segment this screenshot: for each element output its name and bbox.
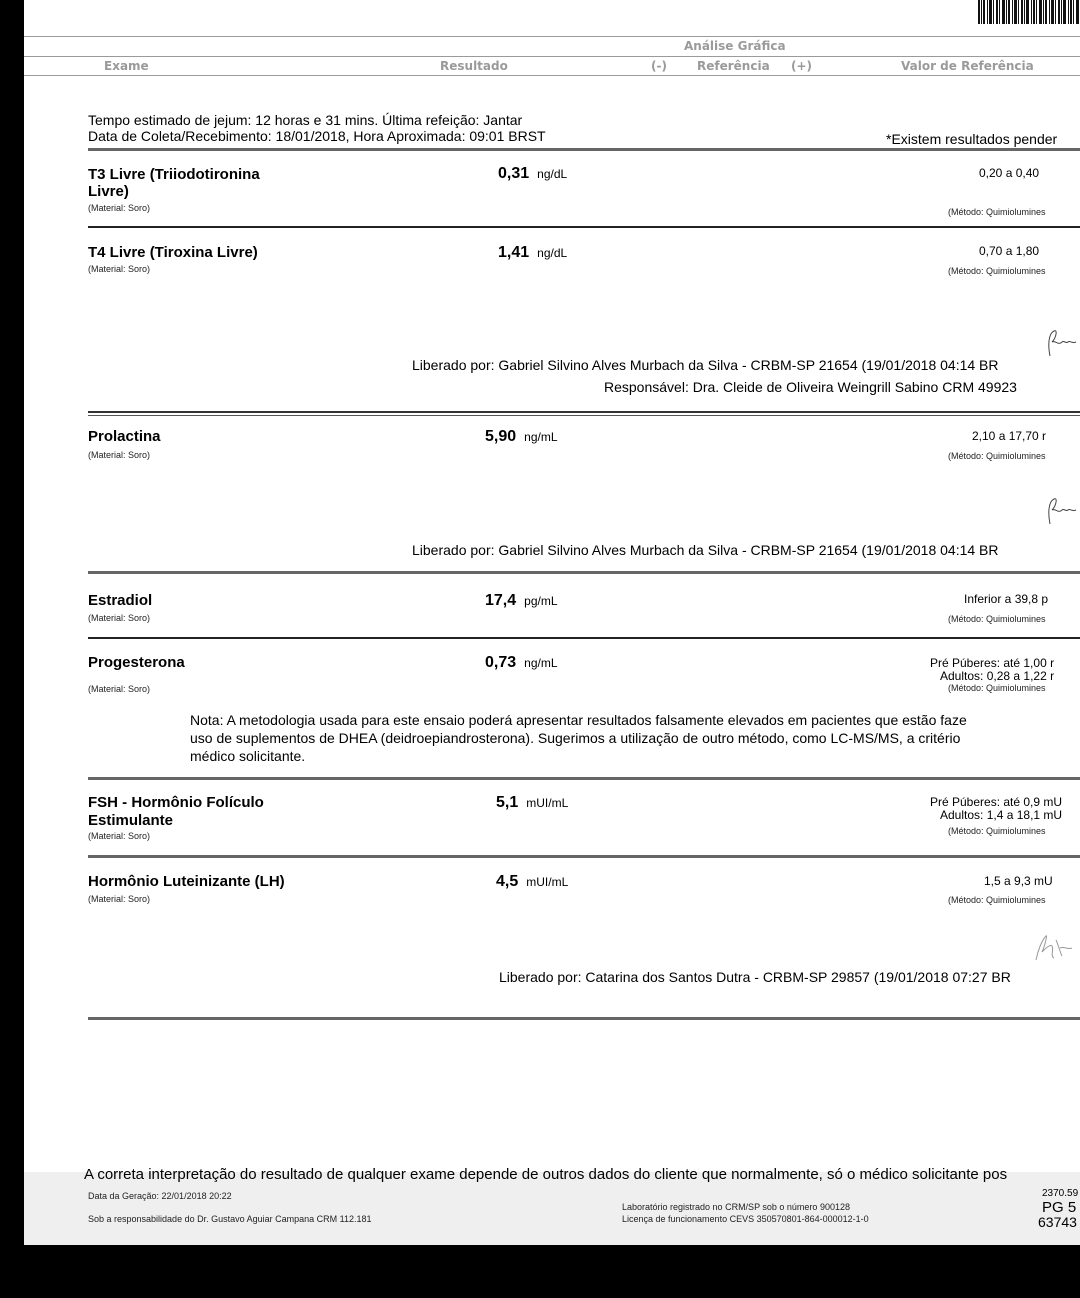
exam-material: (Material: Soro) [88, 613, 150, 623]
lab-license: Licença de funcionamento CEVS 350570801-… [622, 1214, 869, 1224]
note-line-2: uso de suplementos de DHEA (deidroepiand… [190, 729, 960, 747]
result-t4: 1,41ng/dL [498, 244, 567, 262]
reference-lh: 1,5 a 9,3 mU [984, 874, 1053, 888]
method-t3: (Método: Quimiolumines [948, 207, 1046, 217]
signature-icon [1044, 496, 1080, 526]
result-progesterone: 0,73ng/mL [485, 654, 558, 672]
column-plus: (+) [791, 59, 812, 73]
exam-material: (Material: Soro) [88, 203, 150, 213]
column-exam: Exame [104, 59, 149, 73]
result-t3: 0,31ng/dL [498, 165, 567, 183]
section-divider [88, 571, 1080, 574]
method-lh: (Método: Quimiolumines [948, 895, 1046, 905]
exam-material: (Material: Soro) [88, 264, 150, 274]
exam-name-progesterone: Progesterona [88, 654, 185, 671]
responsibility: Sob a responsabilidade do Dr. Gustavo Ag… [88, 1214, 372, 1224]
collection-info: Data de Coleta/Recebimento: 18/01/2018, … [88, 128, 546, 144]
pending-results-note: *Existem resultados pender [886, 131, 1057, 147]
reference-fsh-adults: Adultos: 1,4 a 18,1 mU [940, 808, 1062, 822]
exam-name-fsh: FSH - Hormônio Folículo [88, 794, 264, 811]
reference-progesterone-adults: Adultos: 0,28 a 1,22 r [940, 669, 1054, 683]
barcode-icon [978, 0, 1080, 24]
exam-name-lh: Hormônio Luteinizante (LH) [88, 873, 285, 890]
column-reference: Referência [697, 59, 770, 73]
responsible-doctor: Responsável: Dra. Cleide de Oliveira Wei… [604, 379, 1017, 395]
generation-date: Data da Geração: 22/01/2018 20:22 [88, 1191, 232, 1201]
reference-t3: 0,20 a 0,40 [979, 166, 1039, 180]
lab-registry: Laboratório registrado no CRM/SP sob o n… [622, 1202, 850, 1212]
lab-report-page: Análise Gráfica Exame Resultado (-) Refe… [24, 0, 1080, 1245]
released-by-3: Liberado por: Catarina dos Santos Dutra … [499, 969, 1011, 985]
note-line-1: Nota: A metodologia usada para este ensa… [190, 711, 967, 729]
exam-name-prolactin: Prolactina [88, 428, 161, 445]
exam-name-estradiol: Estradiol [88, 592, 152, 609]
released-by-1: Liberado por: Gabriel Silvino Alves Murb… [412, 357, 999, 373]
exam-material: (Material: Soro) [88, 831, 150, 841]
column-reference-value: Valor de Referência [901, 59, 1034, 73]
method-fsh: (Método: Quimiolumines [948, 826, 1046, 836]
released-by-2: Liberado por: Gabriel Silvino Alves Murb… [412, 542, 999, 558]
exam-divider [88, 637, 1080, 639]
section-divider [88, 777, 1080, 780]
section-divider [88, 1017, 1080, 1020]
reference-estradiol: Inferior a 39,8 p [964, 592, 1048, 606]
method-estradiol: (Método: Quimiolumines [948, 614, 1046, 624]
signature-icon [1032, 930, 1080, 964]
exam-name-t3: T3 Livre (Triiodotironina [88, 166, 260, 183]
note-line-3: médico solicitante. [190, 747, 305, 765]
result-fsh: 5,1mUI/mL [496, 794, 568, 812]
reference-fsh-prepubertal: Pré Púberes: até 0,9 mU [930, 795, 1062, 809]
exam-divider [88, 226, 1080, 228]
section-divider [88, 148, 1080, 151]
disclaimer: A correta interpretação do resultado de … [84, 1166, 1007, 1183]
exam-material: (Material: Soro) [88, 894, 150, 904]
exam-divider [88, 855, 1080, 858]
result-lh: 4,5mUI/mL [496, 873, 568, 891]
column-graphic-analysis: Análise Gráfica [684, 39, 786, 53]
header-divider [24, 56, 1080, 57]
method-prolactin: (Método: Quimiolumines [948, 451, 1046, 461]
header-divider [24, 75, 1080, 76]
method-progesterone: (Método: Quimiolumines [948, 683, 1046, 693]
reference-t4: 0,70 a 1,80 [979, 244, 1039, 258]
signature-icon [1044, 328, 1080, 358]
fasting-info: Tempo estimado de jejum: 12 horas e 31 m… [88, 112, 522, 128]
result-prolactin: 5,90ng/mL [485, 428, 558, 446]
reference-prolactin: 2,10 a 17,70 r [972, 429, 1046, 443]
document-code: 2370.59 [1042, 1188, 1078, 1199]
reference-progesterone-prepubertal: Pré Púberes: até 1,00 r [930, 656, 1054, 670]
exam-name-t3-cont: Livre) [88, 183, 129, 200]
document-id: 63743 [1038, 1214, 1077, 1230]
column-minus: (-) [651, 59, 667, 73]
method-t4: (Método: Quimiolumines [948, 266, 1046, 276]
header-divider [24, 36, 1080, 37]
exam-material: (Material: Soro) [88, 450, 150, 460]
exam-material: (Material: Soro) [88, 684, 150, 694]
exam-name-t4: T4 Livre (Tiroxina Livre) [88, 244, 258, 261]
section-divider [88, 411, 1080, 416]
result-estradiol: 17,4pg/mL [485, 592, 558, 610]
exam-name-fsh-cont: Estimulante [88, 812, 173, 829]
column-result: Resultado [440, 59, 508, 73]
